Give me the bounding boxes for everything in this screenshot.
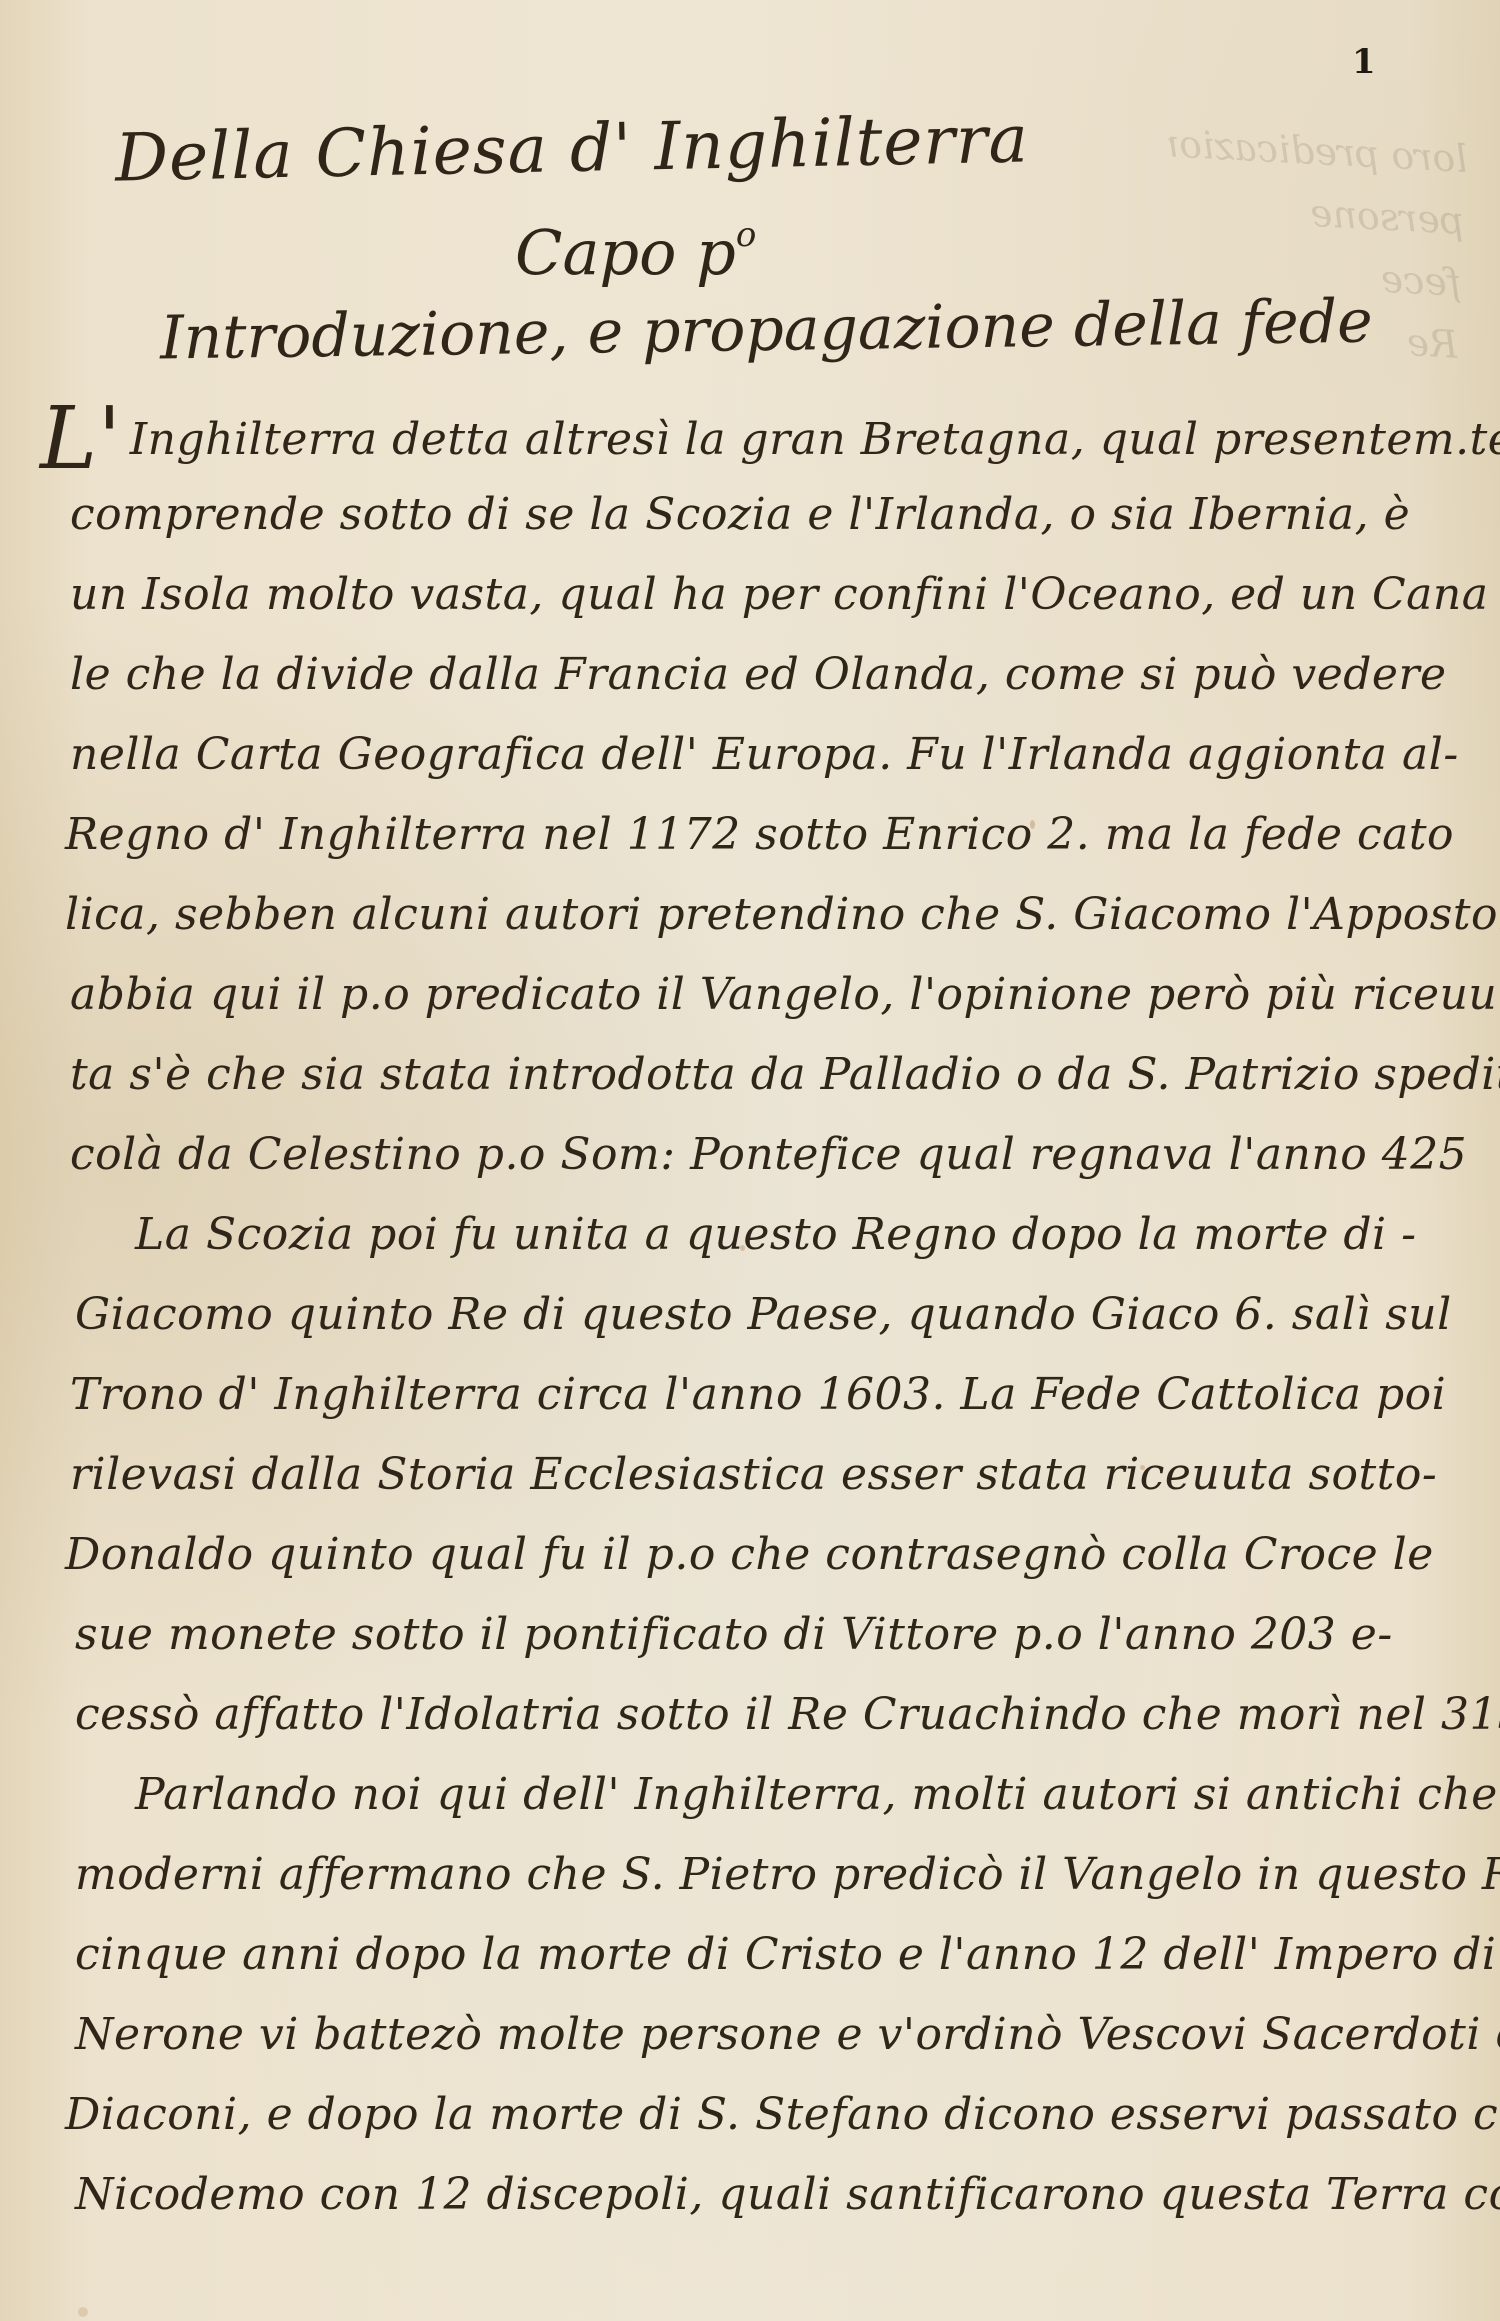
text-line: sue monete sotto il pontificato di Vitto… <box>40 1595 1460 1675</box>
manuscript-page: loro predicazioni persone fece Re 1 Dell… <box>0 0 1500 2321</box>
text-line: La Scozia poi fu unita a questo Regno do… <box>40 1195 1460 1275</box>
folio-number: 1 <box>1352 42 1376 82</box>
text-line: Regno d' Inghilterra nel 1172 sotto Enri… <box>40 795 1460 875</box>
chapter-label: Capo p <box>515 216 736 289</box>
paper-stain <box>1140 1465 1145 1470</box>
text-line: comprende sotto di se la Scozia e l'Irla… <box>40 475 1460 555</box>
text-line: Diaconi, e dopo la morte di S. Stefano d… <box>40 2075 1460 2155</box>
text-line: le che la divide dalla Francia ed Olanda… <box>40 635 1460 715</box>
text-line: ta s'è che sia stata introdotta da Palla… <box>40 1035 1460 1115</box>
text-line: Parlando noi qui dell' Inghilterra, molt… <box>40 1755 1460 1835</box>
text-line: un Isola molto vasta, qual ha per confin… <box>40 555 1460 635</box>
text-line: Giacomo quinto Re di questo Paese, quand… <box>40 1275 1460 1355</box>
text-line: colà da Celestino p.o Som: Pontefice qua… <box>40 1115 1460 1195</box>
text-line: L'Inghilterra detta altresì la gran Bret… <box>40 395 1460 475</box>
text-line: Donaldo quinto qual fu il p.o che contra… <box>40 1515 1460 1595</box>
chapter-heading: Capo po <box>515 215 756 289</box>
paper-stain <box>78 2307 88 2317</box>
text-line: Nicodemo con 12 discepoli, quali santifi… <box>40 2155 1460 2235</box>
text-line: moderni affermano che S. Pietro predicò … <box>40 1835 1460 1915</box>
text-line: rilevasi dalla Storia Ecclesiastica esse… <box>40 1435 1460 1515</box>
text-line: lica, sebben alcuni autori pretendino ch… <box>40 875 1460 955</box>
text-line: Nerone vi battezò molte persone e v'ordi… <box>40 1995 1460 2075</box>
manuscript-body: L'Inghilterra detta altresì la gran Bret… <box>40 395 1460 2235</box>
chapter-superscript: o <box>736 215 756 255</box>
text-line: cinque anni dopo la morte di Cristo e l'… <box>40 1915 1460 1995</box>
text-line: cessò affatto l'Idolatria sotto il Re Cr… <box>40 1675 1460 1755</box>
text-line: nella Carta Geografica dell' Europa. Fu … <box>40 715 1460 795</box>
paper-stain <box>740 1245 745 1251</box>
text-line: abbia qui il p.o predicato il Vangelo, l… <box>40 955 1460 1035</box>
paper-stain <box>1030 820 1035 829</box>
text-line-content: Inghilterra detta altresì la gran Bretag… <box>130 414 1500 465</box>
drop-cap: L' <box>40 409 122 469</box>
text-line: Trono d' Inghilterra circa l'anno 1603. … <box>40 1355 1460 1435</box>
page-title: Della Chiesa d' Inghilterra <box>114 100 1029 196</box>
